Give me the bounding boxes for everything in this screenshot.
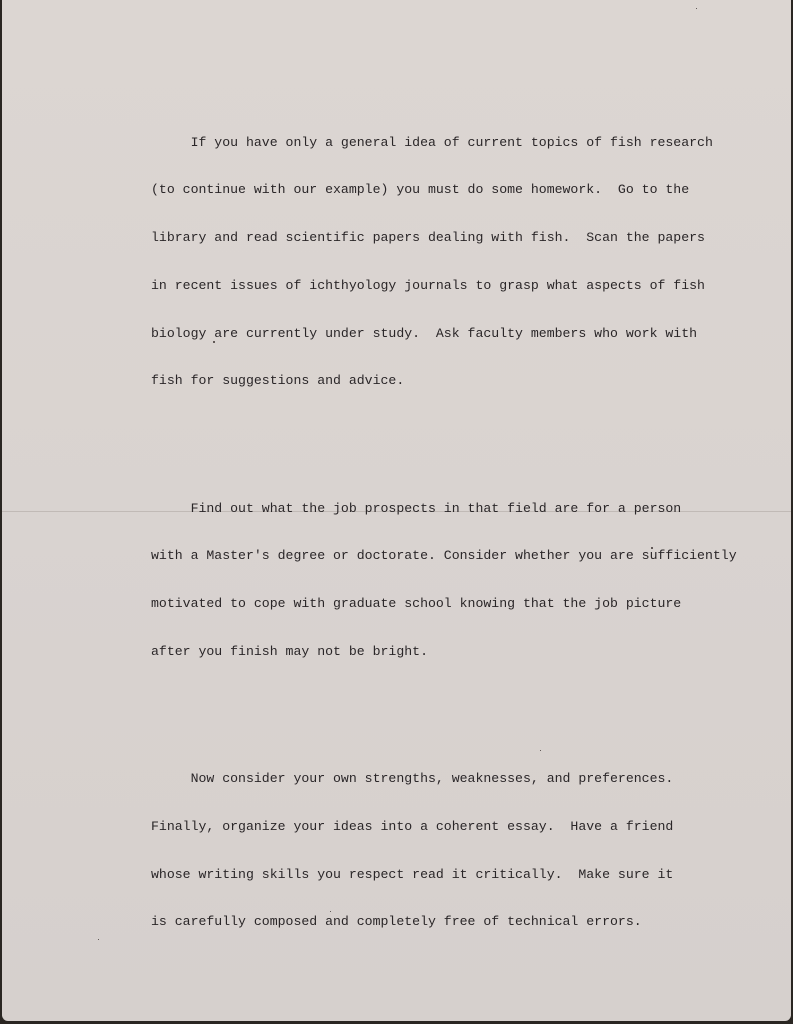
document-body: If you have only a general idea of curre…: [151, 71, 771, 1010]
text-line: biology are currently under study. Ask f…: [151, 326, 771, 342]
text-line: Now consider your own strengths, weaknes…: [151, 771, 771, 787]
text-line: motivated to cope with graduate school k…: [151, 596, 771, 612]
text-line: Find out what the job prospects in that …: [151, 501, 771, 517]
text-line: If you have only a general idea of curre…: [151, 135, 771, 151]
text-line: fish for suggestions and advice.: [151, 373, 771, 389]
paper-speck: [696, 8, 697, 9]
text-line: is carefully composed and completely fre…: [151, 914, 771, 930]
text-line: library and read scientific papers deali…: [151, 230, 771, 246]
document-page: If you have only a general idea of curre…: [2, 0, 791, 1021]
text-line: after you finish may not be bright.: [151, 644, 771, 660]
text-line: with a Master's degree or doctorate. Con…: [151, 548, 771, 564]
text-line: in recent issues of ichthyology journals…: [151, 278, 771, 294]
paper-speck: [330, 911, 331, 912]
text-line: whose writing skills you respect read it…: [151, 867, 771, 883]
paragraph-research-homework: If you have only a general idea of curre…: [151, 103, 771, 421]
paragraph-strengths-essay: Now consider your own strengths, weaknes…: [151, 739, 771, 962]
paper-speck: [213, 341, 215, 343]
paper-speck: [540, 750, 541, 751]
paper-speck: [98, 939, 99, 940]
text-line: Finally, organize your ideas into a cohe…: [151, 819, 771, 835]
text-line: (to continue with our example) you must …: [151, 182, 771, 198]
paragraph-job-prospects: Find out what the job prospects in that …: [151, 469, 771, 692]
paper-speck: [651, 547, 653, 549]
